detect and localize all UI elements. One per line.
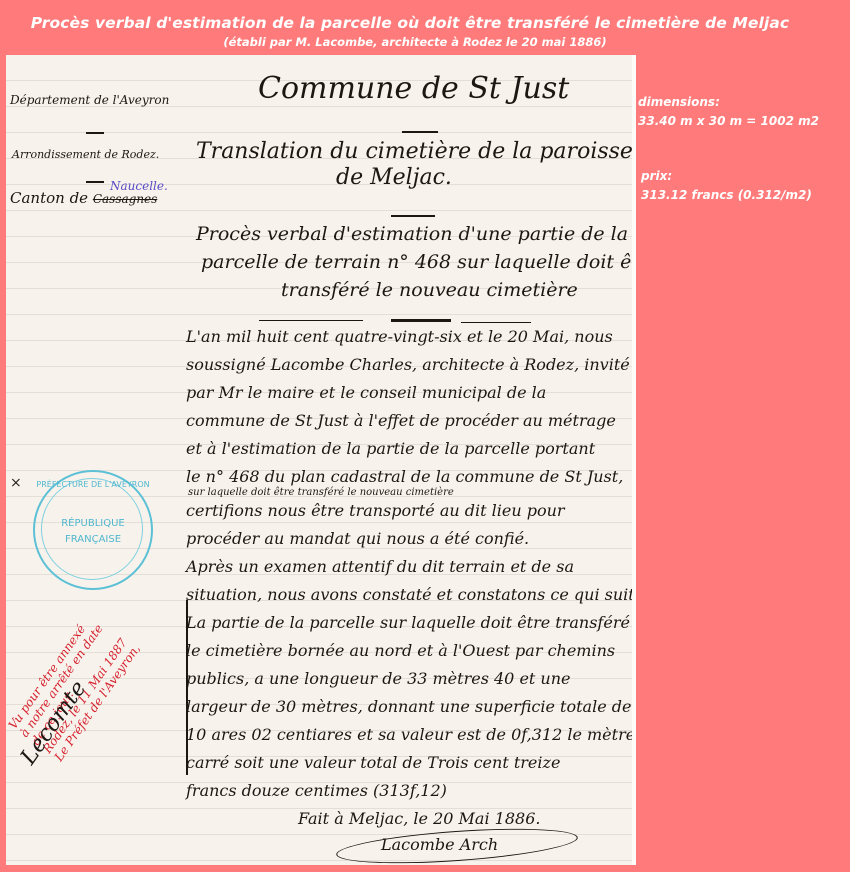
body-line: le cimetière bornée au nord et à l'Ouest… — [186, 641, 615, 660]
dimensions-label: dimensions: — [638, 93, 720, 112]
body-line: 10 ares 02 centiares et sa valeur est de… — [186, 725, 635, 744]
prix-value: 313.12 francs (0.312/m2) — [641, 186, 812, 205]
divider — [391, 319, 451, 322]
body-line: publics, a une longueur de 33 mètres 40 … — [186, 669, 571, 688]
divider — [391, 215, 435, 217]
heading-translation-2: de Meljac. — [336, 165, 452, 190]
body-line: Après un examen attentif du dit terrain … — [186, 557, 574, 576]
dimensions-value: 33.40 m x 30 m = 1002 m2 — [638, 112, 819, 131]
canton-struck: Cassagnes — [93, 192, 157, 206]
heading-proces-3: transféré le nouveau cimetière — [281, 279, 578, 301]
body-line: situation, nous avons constaté et consta… — [186, 585, 636, 604]
body-line: carré soit une valeur total de Trois cen… — [186, 753, 560, 772]
body-line: francs douze centimes (313f,12) — [186, 781, 447, 800]
closing-place-date: Fait à Meljac, le 20 Mai 1886. — [298, 809, 540, 828]
body-line: largeur de 30 mètres, donnant une superf… — [186, 697, 631, 716]
canton-prefix: Canton de — [10, 189, 88, 207]
prefecture-stamp: PRÉFECTURE DE L'AVEYRON RÉPUBLIQUE FRANÇ… — [33, 470, 153, 590]
body-line: certifions nous être transporté au dit l… — [186, 501, 565, 520]
margin-departement: Département de l'Aveyron — [10, 93, 169, 107]
body-line: commune de St Just à l'effet de procéder… — [186, 411, 616, 430]
body-line: par Mr le maire et le conseil municipal … — [186, 383, 546, 402]
heading-proces-1: Procès verbal d'estimation d'une partie … — [196, 223, 628, 245]
divider — [259, 320, 363, 321]
body-line: soussigné Lacombe Charles, architecte à … — [186, 355, 630, 374]
scanned-document: Département de l'Aveyron Arrondissement … — [6, 55, 636, 865]
margin-arrondissement: Arrondissement de Rodez. — [12, 148, 159, 161]
body-line: La partie de la parcelle sur laquelle do… — [186, 613, 630, 632]
stamp-line-1: RÉPUBLIQUE — [35, 518, 151, 529]
page-title: Procès verbal d'estimation de la parcell… — [0, 14, 820, 32]
divider — [461, 322, 531, 323]
page-subtitle: (établi par M. Lacombe, architecte à Rod… — [0, 35, 830, 49]
body-line-insert: sur laquelle doit être transféré le nouv… — [188, 487, 454, 498]
heading-proces-2: parcelle de terrain n° 468 sur laquelle … — [201, 251, 636, 273]
margin-bracket — [186, 600, 188, 775]
body-line: procéder au mandat qui nous a été confié… — [186, 529, 529, 548]
signature-flourish — [335, 823, 579, 865]
divider — [402, 131, 438, 133]
prix-label: prix: — [641, 167, 672, 186]
heading-translation-1: Translation du cimetière de la paroisse — [196, 139, 633, 164]
body-line: et à l'estimation de la partie de la par… — [186, 439, 595, 458]
divider — [86, 181, 104, 183]
body-line: le n° 468 du plan cadastral de la commun… — [186, 467, 623, 486]
canton-correction: Naucelle. — [110, 179, 168, 193]
body-line: L'an mil huit cent quatre-vingt-six et l… — [186, 327, 613, 346]
cross-mark: × — [10, 475, 22, 491]
stamp-line-2: FRANÇAISE — [35, 534, 151, 545]
heading-commune: Commune de St Just — [258, 71, 569, 106]
stamp-ring-text: PRÉFECTURE DE L'AVEYRON — [35, 480, 151, 489]
divider — [86, 132, 104, 134]
